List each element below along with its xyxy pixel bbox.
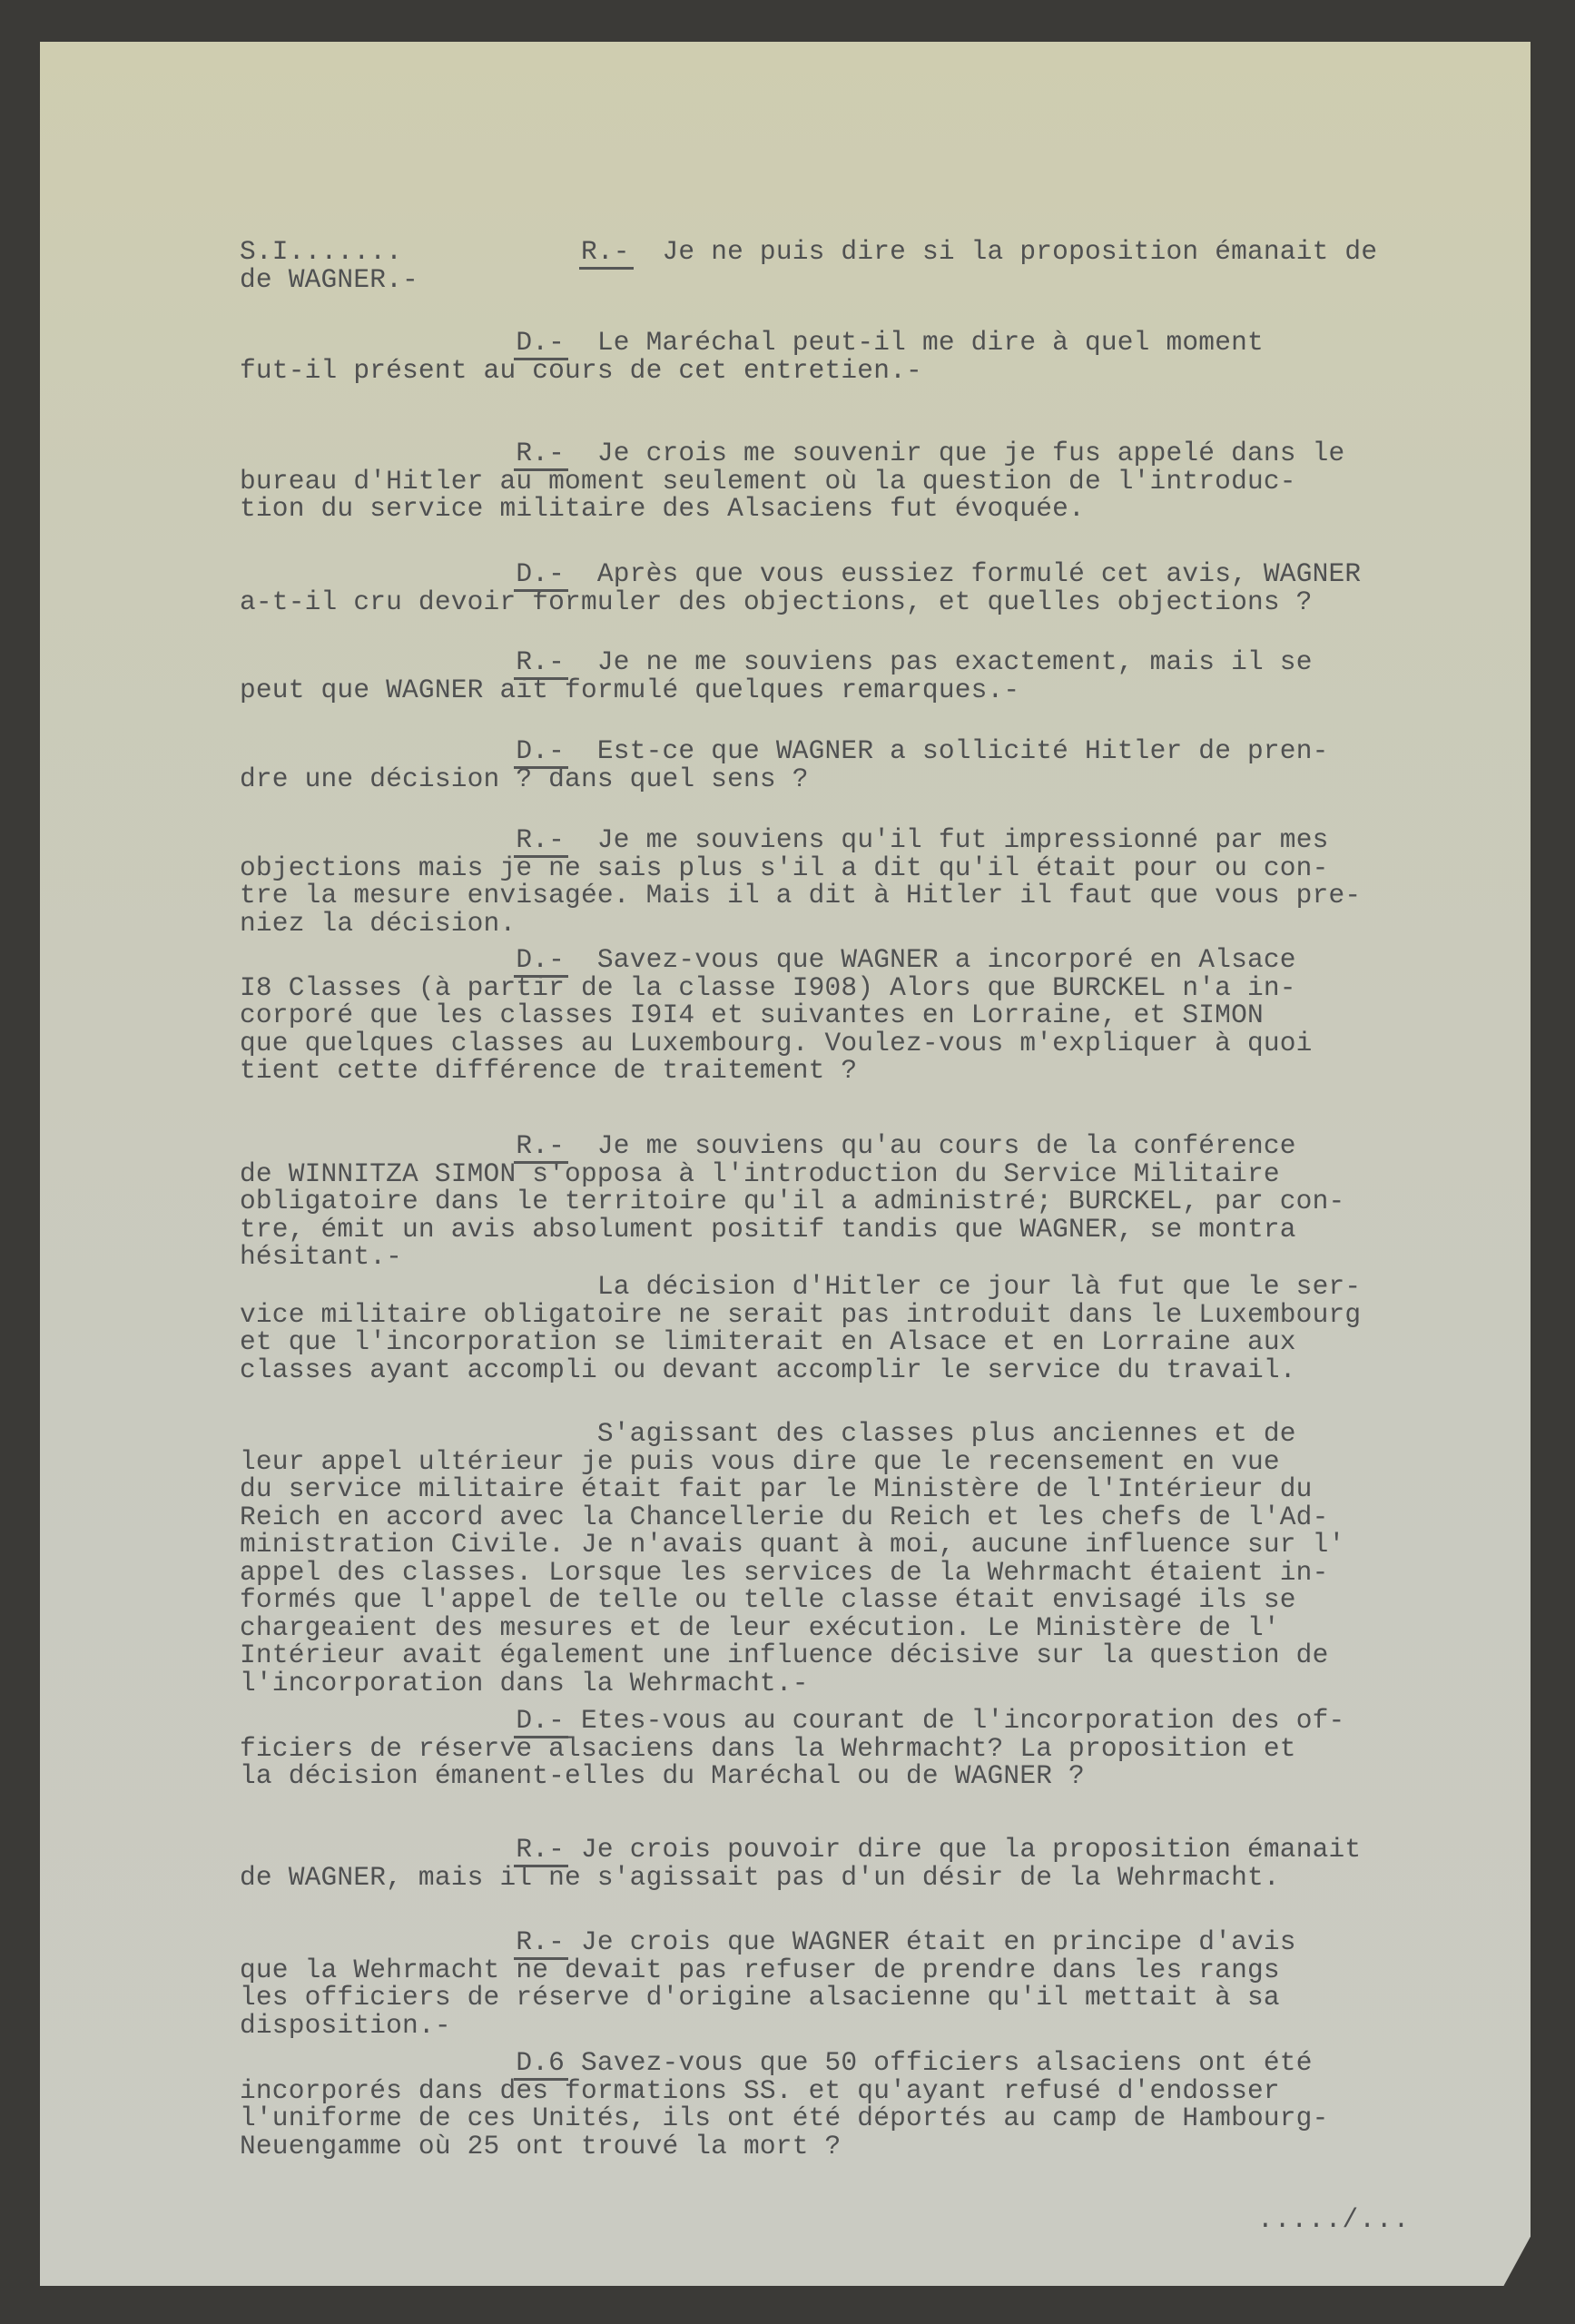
text-line: de WINNITZA SIMON s'opposa à l'introduct… xyxy=(240,1160,1344,1188)
text-line: disposition.- xyxy=(240,2012,1296,2040)
question-label: D.- xyxy=(516,946,565,974)
text-line: et que l'incorporation se limiterait en … xyxy=(240,1328,1361,1356)
text-line: hésitant.- xyxy=(240,1243,1344,1271)
indent xyxy=(240,1130,516,1161)
question-label: D.6 xyxy=(516,2049,565,2077)
indent xyxy=(240,327,516,358)
question-label: D.- xyxy=(516,560,565,588)
text-line: la décision émanent-elles du Maréchal ou… xyxy=(240,1762,1344,1790)
text-line: R.- Je crois me souvenir que je fus appe… xyxy=(240,439,1344,468)
qa-block: La décision d'Hitler ce jour là fut que … xyxy=(240,1273,1361,1384)
qa-block: R.- Je ne puis dire si la proposition ém… xyxy=(240,238,1377,293)
line-text: Je crois me souvenir que je fus appelé d… xyxy=(565,438,1344,468)
text-line: que quelques classes au Luxembourg. Voul… xyxy=(240,1029,1313,1058)
qa-block: D.- Le Maréchal peut-il me dire à quel m… xyxy=(240,329,1264,384)
text-line: fut-il présent au cours de cet entretien… xyxy=(240,357,1264,385)
indent xyxy=(240,558,516,589)
line-text: Je ne me souviens pas exactement, mais i… xyxy=(565,646,1313,677)
text-line: ministration Civile. Je n'avais quant à … xyxy=(240,1531,1344,1559)
answer-label: R.- xyxy=(516,648,565,676)
text-line: D.- Après que vous eussiez formulé cet a… xyxy=(240,560,1361,588)
text-line: D.- Etes-vous au courant de l'incorporat… xyxy=(240,1707,1344,1735)
line-text: Je crois que WAGNER était en principe d'… xyxy=(565,1926,1296,1957)
line-text: Je ne puis dire si la proposition émanai… xyxy=(630,236,1378,267)
continuation-marker: ...../... xyxy=(1257,2204,1410,2235)
indent xyxy=(240,824,516,855)
text-line: appel des classes. Lorsque les services … xyxy=(240,1559,1344,1587)
document-body: S.I....... R.- Je ne puis dire si la pro… xyxy=(240,238,1547,293)
line-text: Je crois pouvoir dire que la proposition… xyxy=(565,1834,1361,1865)
text-line: R.- Je me souviens qu'il fut impressionn… xyxy=(240,826,1361,854)
text-line: D.- Le Maréchal peut-il me dire à quel m… xyxy=(240,329,1264,357)
indent xyxy=(240,735,516,766)
text-line: a-t-il cru devoir formuler des objection… xyxy=(240,588,1361,616)
text-line: vice militaire obligatoire ne serait pas… xyxy=(240,1301,1361,1329)
qa-block: D.- Est-ce que WAGNER a sollicité Hitler… xyxy=(240,737,1329,793)
text-line: dre une décision ? dans quel sens ? xyxy=(240,765,1329,793)
text-line: La décision d'Hitler ce jour là fut que … xyxy=(240,1273,1361,1301)
text-line: Intérieur avait également une influence … xyxy=(240,1641,1344,1669)
indent xyxy=(240,438,516,468)
text-line: D.6 Savez-vous que 50 officiers alsacien… xyxy=(240,2049,1329,2077)
qa-block: S'agissant des classes plus anciennes et… xyxy=(240,1420,1344,1697)
qa-block: D.6 Savez-vous que 50 officiers alsacien… xyxy=(240,2049,1329,2160)
text-line: D.- Savez-vous que WAGNER a incorporé en… xyxy=(240,946,1313,974)
answer-label: R.- xyxy=(581,238,630,266)
text-line: tient cette différence de traitement ? xyxy=(240,1057,1313,1085)
question-label: D.- xyxy=(516,329,565,357)
text-line: de WAGNER.- xyxy=(240,266,1377,294)
text-line: incorporés dans des formations SS. et qu… xyxy=(240,2077,1329,2105)
text-line: Reich en accord avec la Chancellerie du … xyxy=(240,1503,1344,1531)
text-line: du service militaire était fait par le M… xyxy=(240,1475,1344,1503)
line-text: Je me souviens qu'il fut impressionné pa… xyxy=(565,824,1328,855)
indent xyxy=(240,646,516,677)
text-line: l'incorporation dans la Wehrmacht.- xyxy=(240,1669,1344,1698)
qa-block: R.- Je ne me souviens pas exactement, ma… xyxy=(240,648,1313,704)
text-line: R.- Je ne puis dire si la proposition ém… xyxy=(240,238,1377,266)
text-line: D.- Est-ce que WAGNER a sollicité Hitler… xyxy=(240,737,1329,765)
text-line: Neuengamme où 25 ont trouvé la mort ? xyxy=(240,2132,1329,2161)
qa-block: R.- Je me souviens qu'au cours de la con… xyxy=(240,1132,1344,1271)
qa-block: R.- Je crois pouvoir dire que la proposi… xyxy=(240,1836,1361,1891)
answer-label: R.- xyxy=(516,439,565,468)
question-label: D.- xyxy=(516,737,565,765)
text-line: chargeaient des mesures et de leur exécu… xyxy=(240,1614,1344,1642)
text-line: tre la mesure envisagée. Mais il a dit à… xyxy=(240,881,1361,910)
line-text: Est-ce que WAGNER a sollicité Hitler de … xyxy=(565,735,1328,766)
text-line: tre, émit un avis absolument positif tan… xyxy=(240,1216,1344,1244)
line-text: Savez-vous que WAGNER a incorporé en Als… xyxy=(565,944,1296,975)
question-label: D.- xyxy=(516,1707,565,1735)
line-text: Après que vous eussiez formulé cet avis,… xyxy=(565,558,1361,589)
text-line: peut que WAGNER ait formulé quelques rem… xyxy=(240,676,1313,704)
text-line: tion du service militaire des Alsaciens … xyxy=(240,495,1344,523)
qa-block: D.- Etes-vous au courant de l'incorporat… xyxy=(240,1707,1344,1790)
text-line: R.- Je me souviens qu'au cours de la con… xyxy=(240,1132,1344,1160)
text-line: I8 Classes (à partir de la classe I908) … xyxy=(240,974,1313,1002)
line-text: Le Maréchal peut-il me dire à quel momen… xyxy=(565,327,1264,358)
indent xyxy=(240,944,516,975)
qa-block: R.- Je crois que WAGNER était en princip… xyxy=(240,1928,1296,2039)
text-line: R.- Je crois pouvoir dire que la proposi… xyxy=(240,1836,1361,1864)
qa-block: R.- Je crois me souvenir que je fus appe… xyxy=(240,439,1344,523)
text-line: que la Wehrmacht ne devait pas refuser d… xyxy=(240,1956,1296,1984)
answer-label: R.- xyxy=(516,1132,565,1160)
qa-block: D.- Savez-vous que WAGNER a incorporé en… xyxy=(240,946,1313,1085)
line-text: Savez-vous que 50 officiers alsaciens on… xyxy=(565,2047,1313,2078)
text-line: obligatoire dans le territoire qu'il a a… xyxy=(240,1187,1344,1216)
qa-block: R.- Je me souviens qu'il fut impressionn… xyxy=(240,826,1361,937)
indent xyxy=(240,236,581,267)
qa-block: D.- Après que vous eussiez formulé cet a… xyxy=(240,560,1361,615)
text-line: R.- Je crois que WAGNER était en princip… xyxy=(240,1928,1296,1956)
text-line: S'agissant des classes plus anciennes et… xyxy=(240,1420,1344,1448)
text-line: R.- Je ne me souviens pas exactement, ma… xyxy=(240,648,1313,676)
answer-label: R.- xyxy=(516,1836,565,1864)
text-line: les officiers de réserve d'origine alsac… xyxy=(240,1984,1296,2012)
line-text: Etes-vous au courant de l'incorporation … xyxy=(565,1705,1344,1736)
text-line: bureau d'Hitler au moment seulement où l… xyxy=(240,468,1344,496)
text-line: corporé que les classes I9I4 et suivante… xyxy=(240,1001,1313,1029)
text-line: formés que l'appel de telle ou telle cla… xyxy=(240,1586,1344,1614)
indent xyxy=(240,1705,516,1736)
text-line: l'uniforme de ces Unités, ils ont été dé… xyxy=(240,2104,1329,2132)
text-line: niez la décision. xyxy=(240,910,1361,938)
text-line: leur appel ultérieur je puis vous dire q… xyxy=(240,1448,1344,1476)
indent xyxy=(240,2047,516,2078)
indent xyxy=(240,1926,516,1957)
text-line: objections mais je ne sais plus s'il a d… xyxy=(240,854,1361,882)
text-line: ficiers de réserve alsaciens dans la Weh… xyxy=(240,1735,1344,1763)
line-text: Je me souviens qu'au cours de la confére… xyxy=(565,1130,1296,1161)
indent xyxy=(240,1834,516,1865)
text-line: classes ayant accompli ou devant accompl… xyxy=(240,1356,1361,1384)
text-line: de WAGNER, mais il ne s'agissait pas d'u… xyxy=(240,1864,1361,1892)
answer-label: R.- xyxy=(516,1928,565,1956)
answer-label: R.- xyxy=(516,826,565,854)
